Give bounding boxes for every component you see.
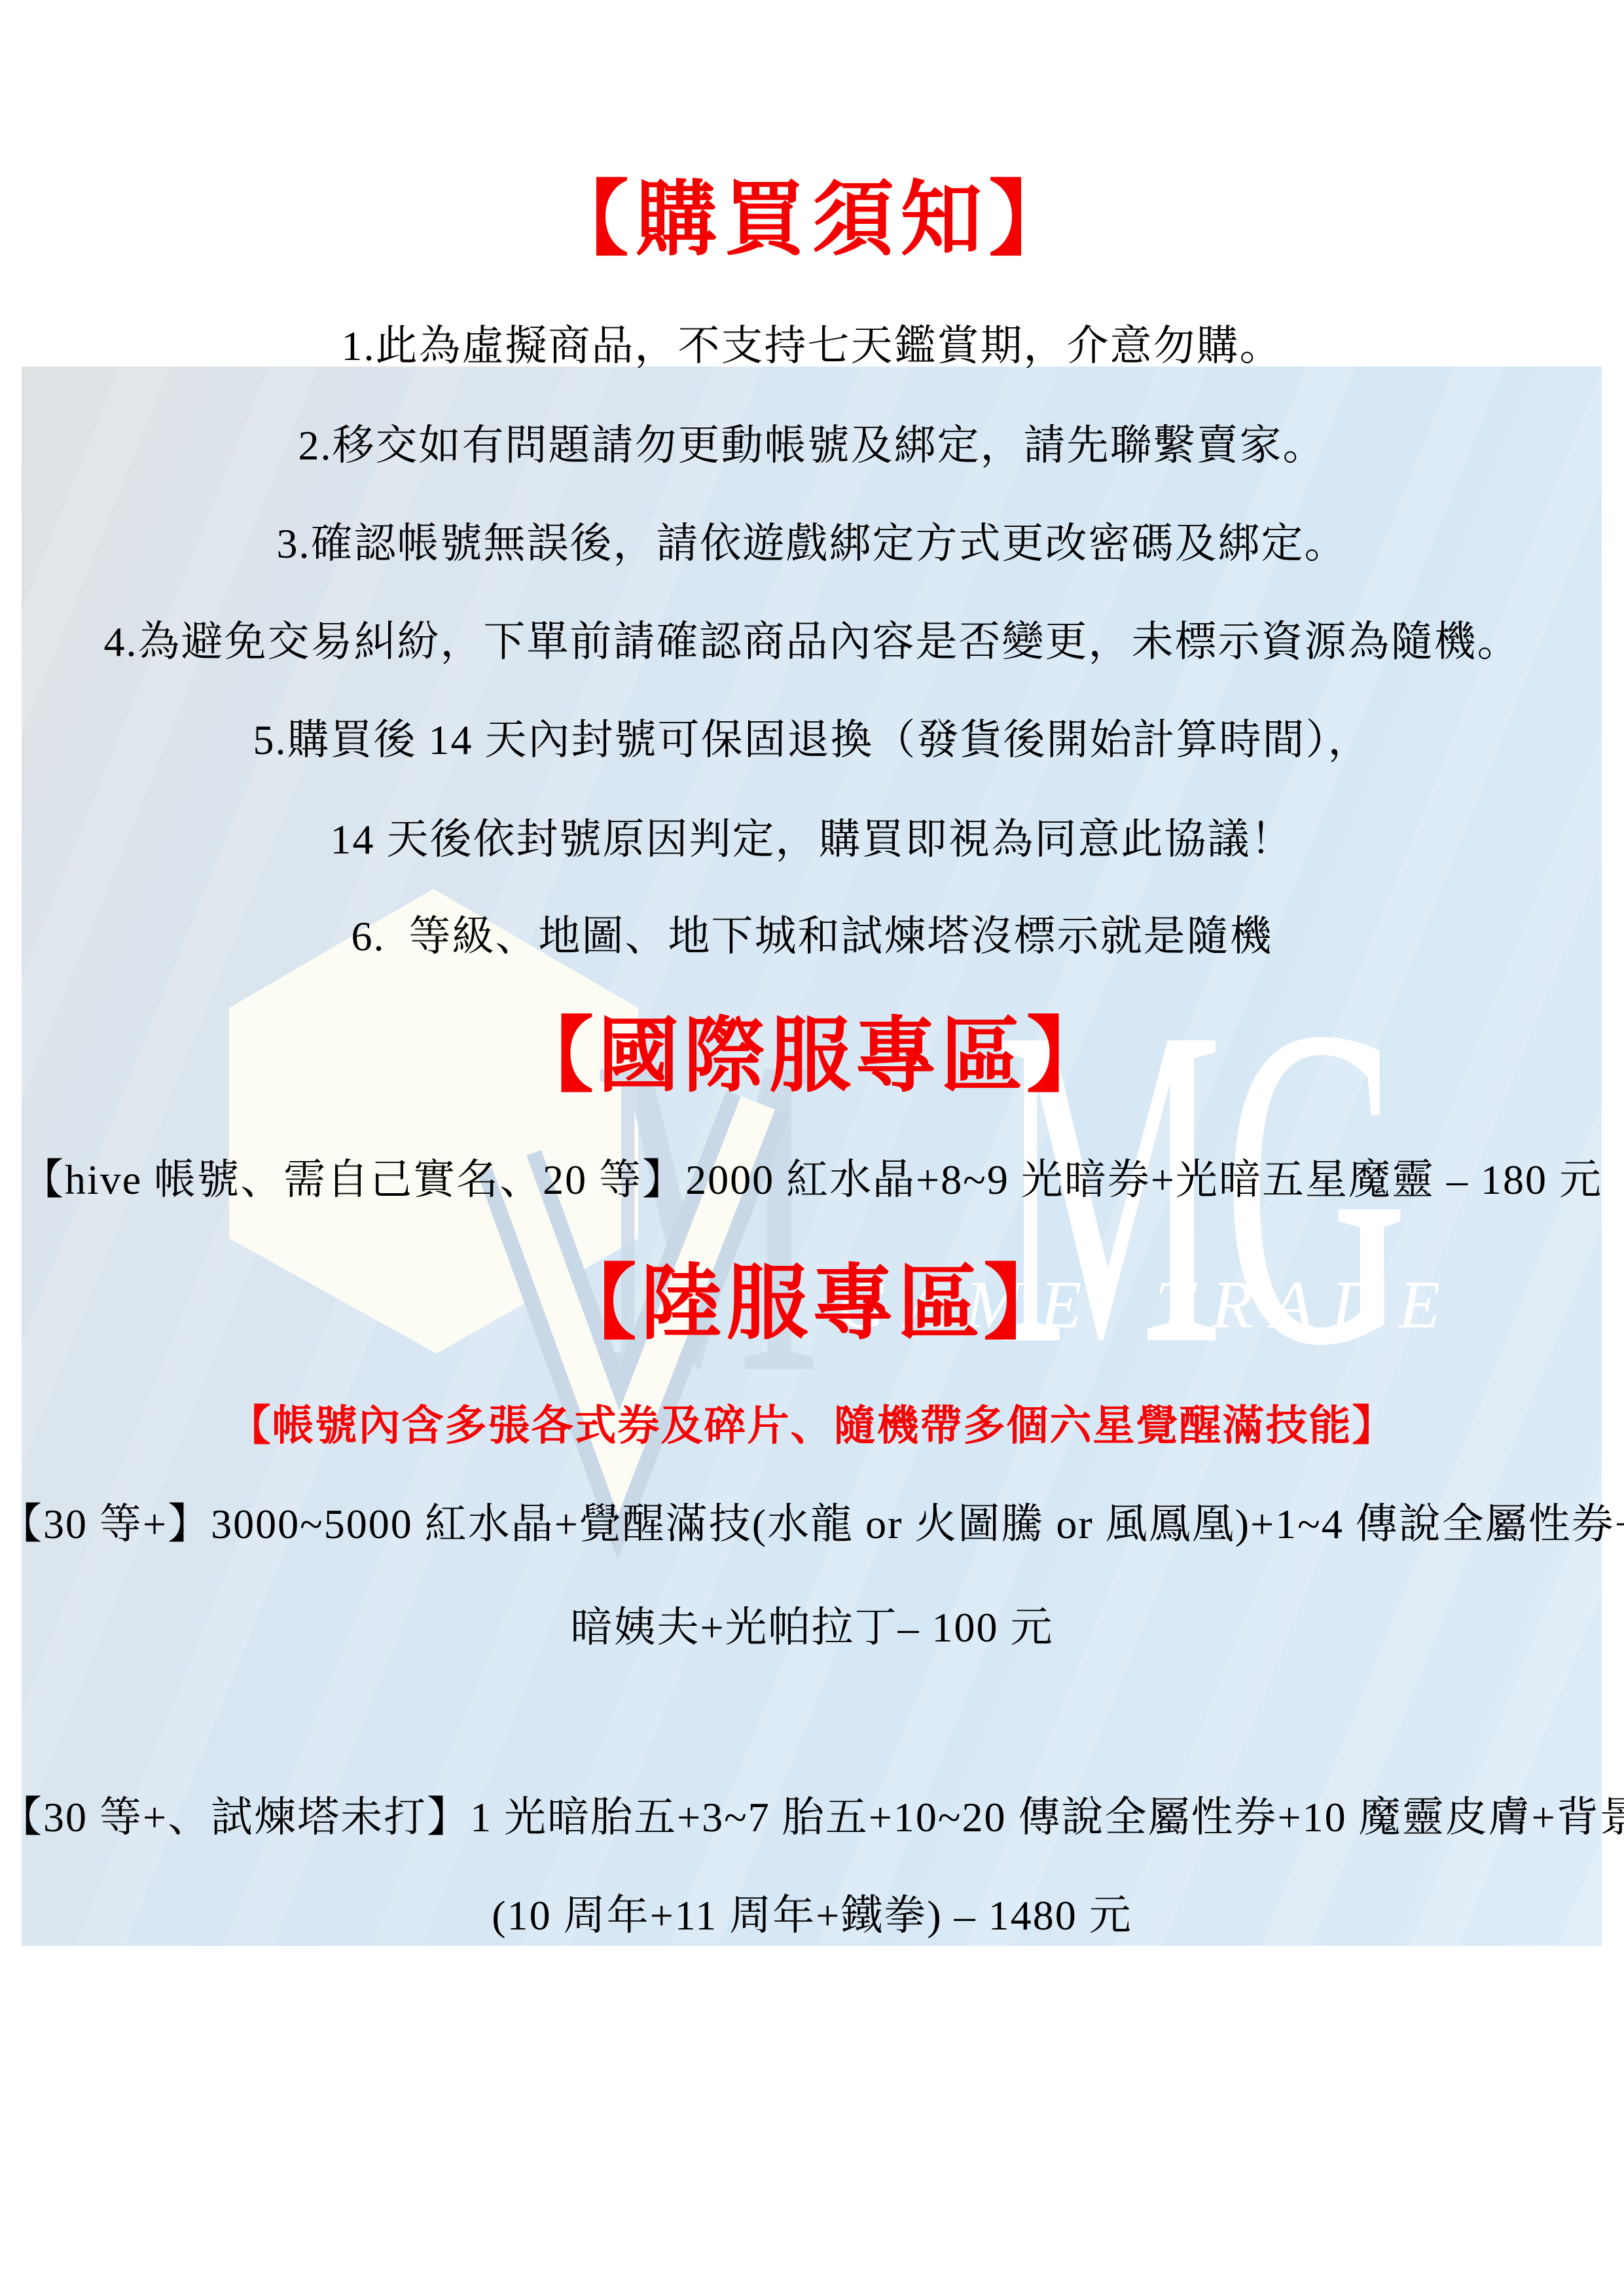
notice-item-2: 2.移交如有問題請勿更動帳號及綁定，請先聯繫賣家。: [0, 422, 1624, 470]
notice-item-5-line-2: 14 天後依封號原因判定，購買即視為同意此協議！: [0, 816, 1624, 864]
hive-account-offer-line: 【hive 帳號、需自己實名、20 等】2000 紅水晶+8~9 光暗券+光暗五…: [0, 1156, 1624, 1204]
notice-item-6: 6. 等級、地圖、地下城和試煉塔沒標示就是隨機: [0, 912, 1624, 961]
page-title: 【購買須知】: [0, 171, 1624, 270]
mainland-offer-1-line-2: 暗姨夫+光帕拉丁– 100 元: [0, 1604, 1624, 1652]
mainland-offer-1-line-1: 【30 等+】3000~5000 紅水晶+覺醒滿技(水龍 or 火圖騰 or 風…: [0, 1500, 1624, 1549]
purchase-notice-page: { "page": { "title": "【購買須知】" }, "notice…: [0, 0, 1624, 2296]
notice-item-3: 3.確認帳號無誤後，請依遊戲綁定方式更改密碼及綁定。: [0, 520, 1624, 568]
notice-item-4: 4.為避免交易糾紛，下單前請確認商品內容是否變更，未標示資源為隨機。: [0, 618, 1624, 666]
notice-item-5-line-1: 5.購買後 14 天內封號可保固退換（發貨後開始計算時間），: [0, 716, 1624, 764]
mainland-account-note: 【帳號內含多張各式券及碎片、隨機帶多個六星覺醒滿技能】: [0, 1402, 1624, 1450]
mainland-offer-2-line-1: 【30 等+、試煉塔未打】1 光暗胎五+3~7 胎五+10~20 傳說全屬性券+…: [0, 1793, 1624, 1842]
mainland-offer-2-line-2: (10 周年+11 周年+鐵拳) – 1480 元: [0, 1892, 1624, 1940]
international-server-header: 【國際服專區】: [0, 1008, 1624, 1106]
notice-item-1: 1.此為虛擬商品，不支持七天鑑賞期，介意勿購。: [0, 322, 1624, 370]
mainland-server-header: 【陸服專區】: [0, 1255, 1624, 1354]
